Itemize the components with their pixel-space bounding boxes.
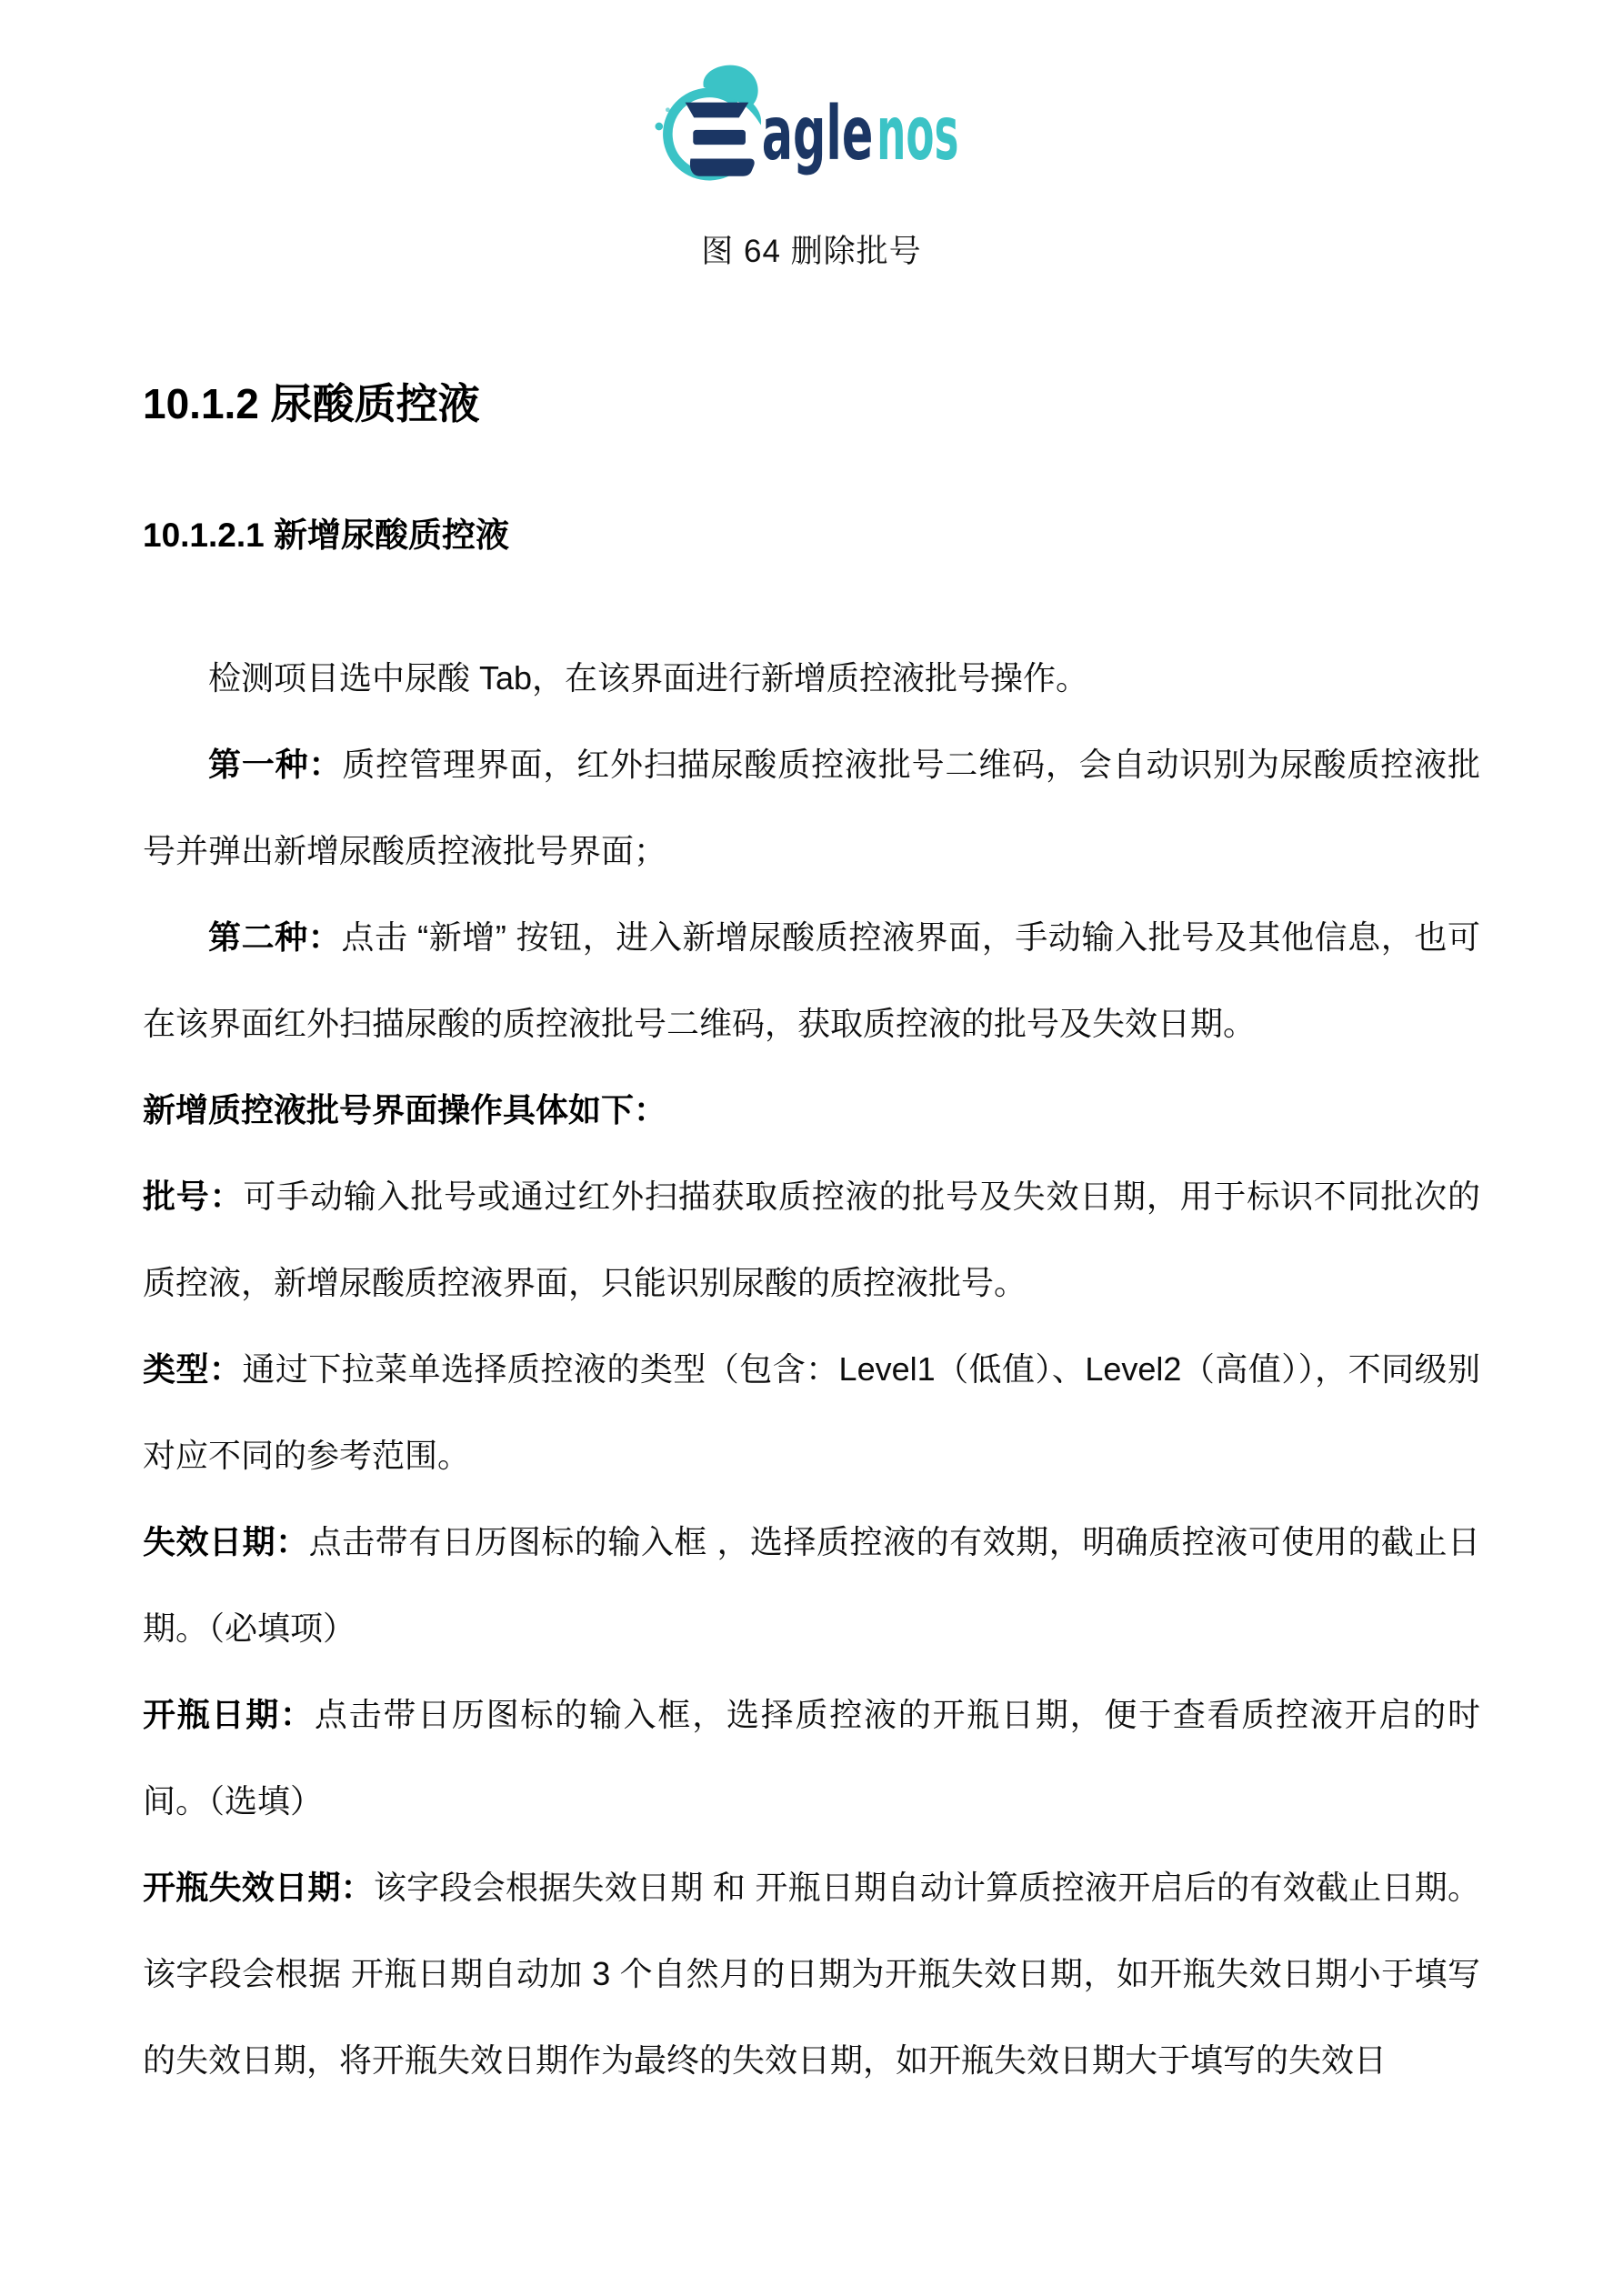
- paragraph: 开瓶日期：点击带日历图标的输入框，选择质控液的开瓶日期，便于查看质控液开启的时间…: [143, 1671, 1480, 1844]
- section-heading: 10.1.2 尿酸质控液: [143, 378, 1480, 429]
- paragraph-lead-term: 第二种：: [208, 918, 341, 956]
- paragraph: 失效日期：点击带有日历图标的输入框 ，选择质控液的有效期，明确质控液可使用的截止…: [143, 1499, 1480, 1671]
- paragraph-lead-term: 第一种：: [208, 746, 342, 783]
- body-paragraphs: 检测项目选中尿酸 Tab，在该界面进行新增质控液批号操作。 第一种：质控管理界面…: [143, 635, 1480, 2103]
- logo-word-teal: nos: [877, 91, 958, 177]
- paragraph: 新增质控液批号界面操作具体如下：: [143, 1067, 1480, 1153]
- logo-e-middle-bar-icon: [693, 130, 746, 145]
- paragraph-text: 通过下拉菜单选择质控液的类型（包含：Level1（低值）、Level2（高值））…: [143, 1350, 1480, 1474]
- paragraph: 第二种：点击 “新增” 按钮，进入新增尿酸质控液界面，手动输入批号及其他信息，也…: [143, 894, 1480, 1067]
- paragraph-text: 质控管理界面，红外扫描尿酸质控液批号二维码，会自动识别为尿酸质控液批号并弹出新增…: [143, 746, 1480, 869]
- paragraph: 类型：通过下拉菜单选择质控液的类型（包含：Level1（低值）、Level2（高…: [143, 1326, 1480, 1499]
- paragraph: 批号：可手动输入批号或通过红外扫描获取质控液的批号及失效日期，用于标识不同批次的…: [143, 1153, 1480, 1326]
- eaglenos-logo-icon: agle nos: [655, 60, 969, 193]
- logo-wordmark: agle nos: [761, 91, 958, 177]
- paragraph-lead-term: 类型：: [143, 1350, 242, 1388]
- logo-dot-icon: [655, 123, 663, 131]
- paragraph-text: 点击带日历图标的输入框，选择质控液的开瓶日期，便于查看质控液开启的时间。（选填）: [143, 1696, 1480, 1820]
- paragraph: 开瓶失效日期：该字段会根据失效日期 和 开瓶日期自动计算质控液开启后的有效截止日…: [143, 1844, 1480, 2103]
- paragraph-lead-term: 开瓶日期：: [143, 1696, 315, 1733]
- paragraph: 第一种：质控管理界面，红外扫描尿酸质控液批号二维码，会自动识别为尿酸质控液批号并…: [143, 721, 1480, 894]
- paragraph-text: 点击带有日历图标的输入框 ，选择质控液的有效期，明确质控液可使用的截止日期。（必…: [143, 1523, 1480, 1647]
- paragraph-text: 检测项目选中尿酸 Tab，在该界面进行新增质控液批号操作。: [208, 659, 1088, 697]
- logo-e-bottom-bar-icon: [689, 159, 754, 176]
- logo-e-top-bar-icon: [685, 103, 748, 118]
- eaglenos-logo: agle nos: [143, 60, 1480, 196]
- logo-small-dot-icon: [666, 107, 670, 112]
- subsection-heading: 10.1.2.1 新增尿酸质控液: [143, 515, 1480, 556]
- logo-word-dark: agle: [761, 91, 873, 177]
- paragraph: 检测项目选中尿酸 Tab，在该界面进行新增质控液批号操作。: [143, 635, 1480, 721]
- manual-page: agle nos 图 64 删除批号 10.1.2 尿酸质控液 10.1.2.1…: [0, 0, 1623, 2296]
- paragraph-text: 可手动输入批号或通过红外扫描获取质控液的批号及失效日期，用于标识不同批次的质控液…: [143, 1178, 1480, 1301]
- paragraph-lead-term: 失效日期：: [143, 1523, 309, 1560]
- paragraph-lead-term: 新增质控液批号界面操作具体如下：: [143, 1091, 666, 1128]
- paragraph-lead-term: 批号：: [143, 1178, 243, 1215]
- figure-caption: 图 64 删除批号: [143, 231, 1480, 273]
- paragraph-lead-term: 开瓶失效日期：: [143, 1869, 374, 1906]
- paragraph-text: 点击 “新增” 按钮，进入新增尿酸质控液界面，手动输入批号及其他信息，也可在该界…: [143, 918, 1480, 1042]
